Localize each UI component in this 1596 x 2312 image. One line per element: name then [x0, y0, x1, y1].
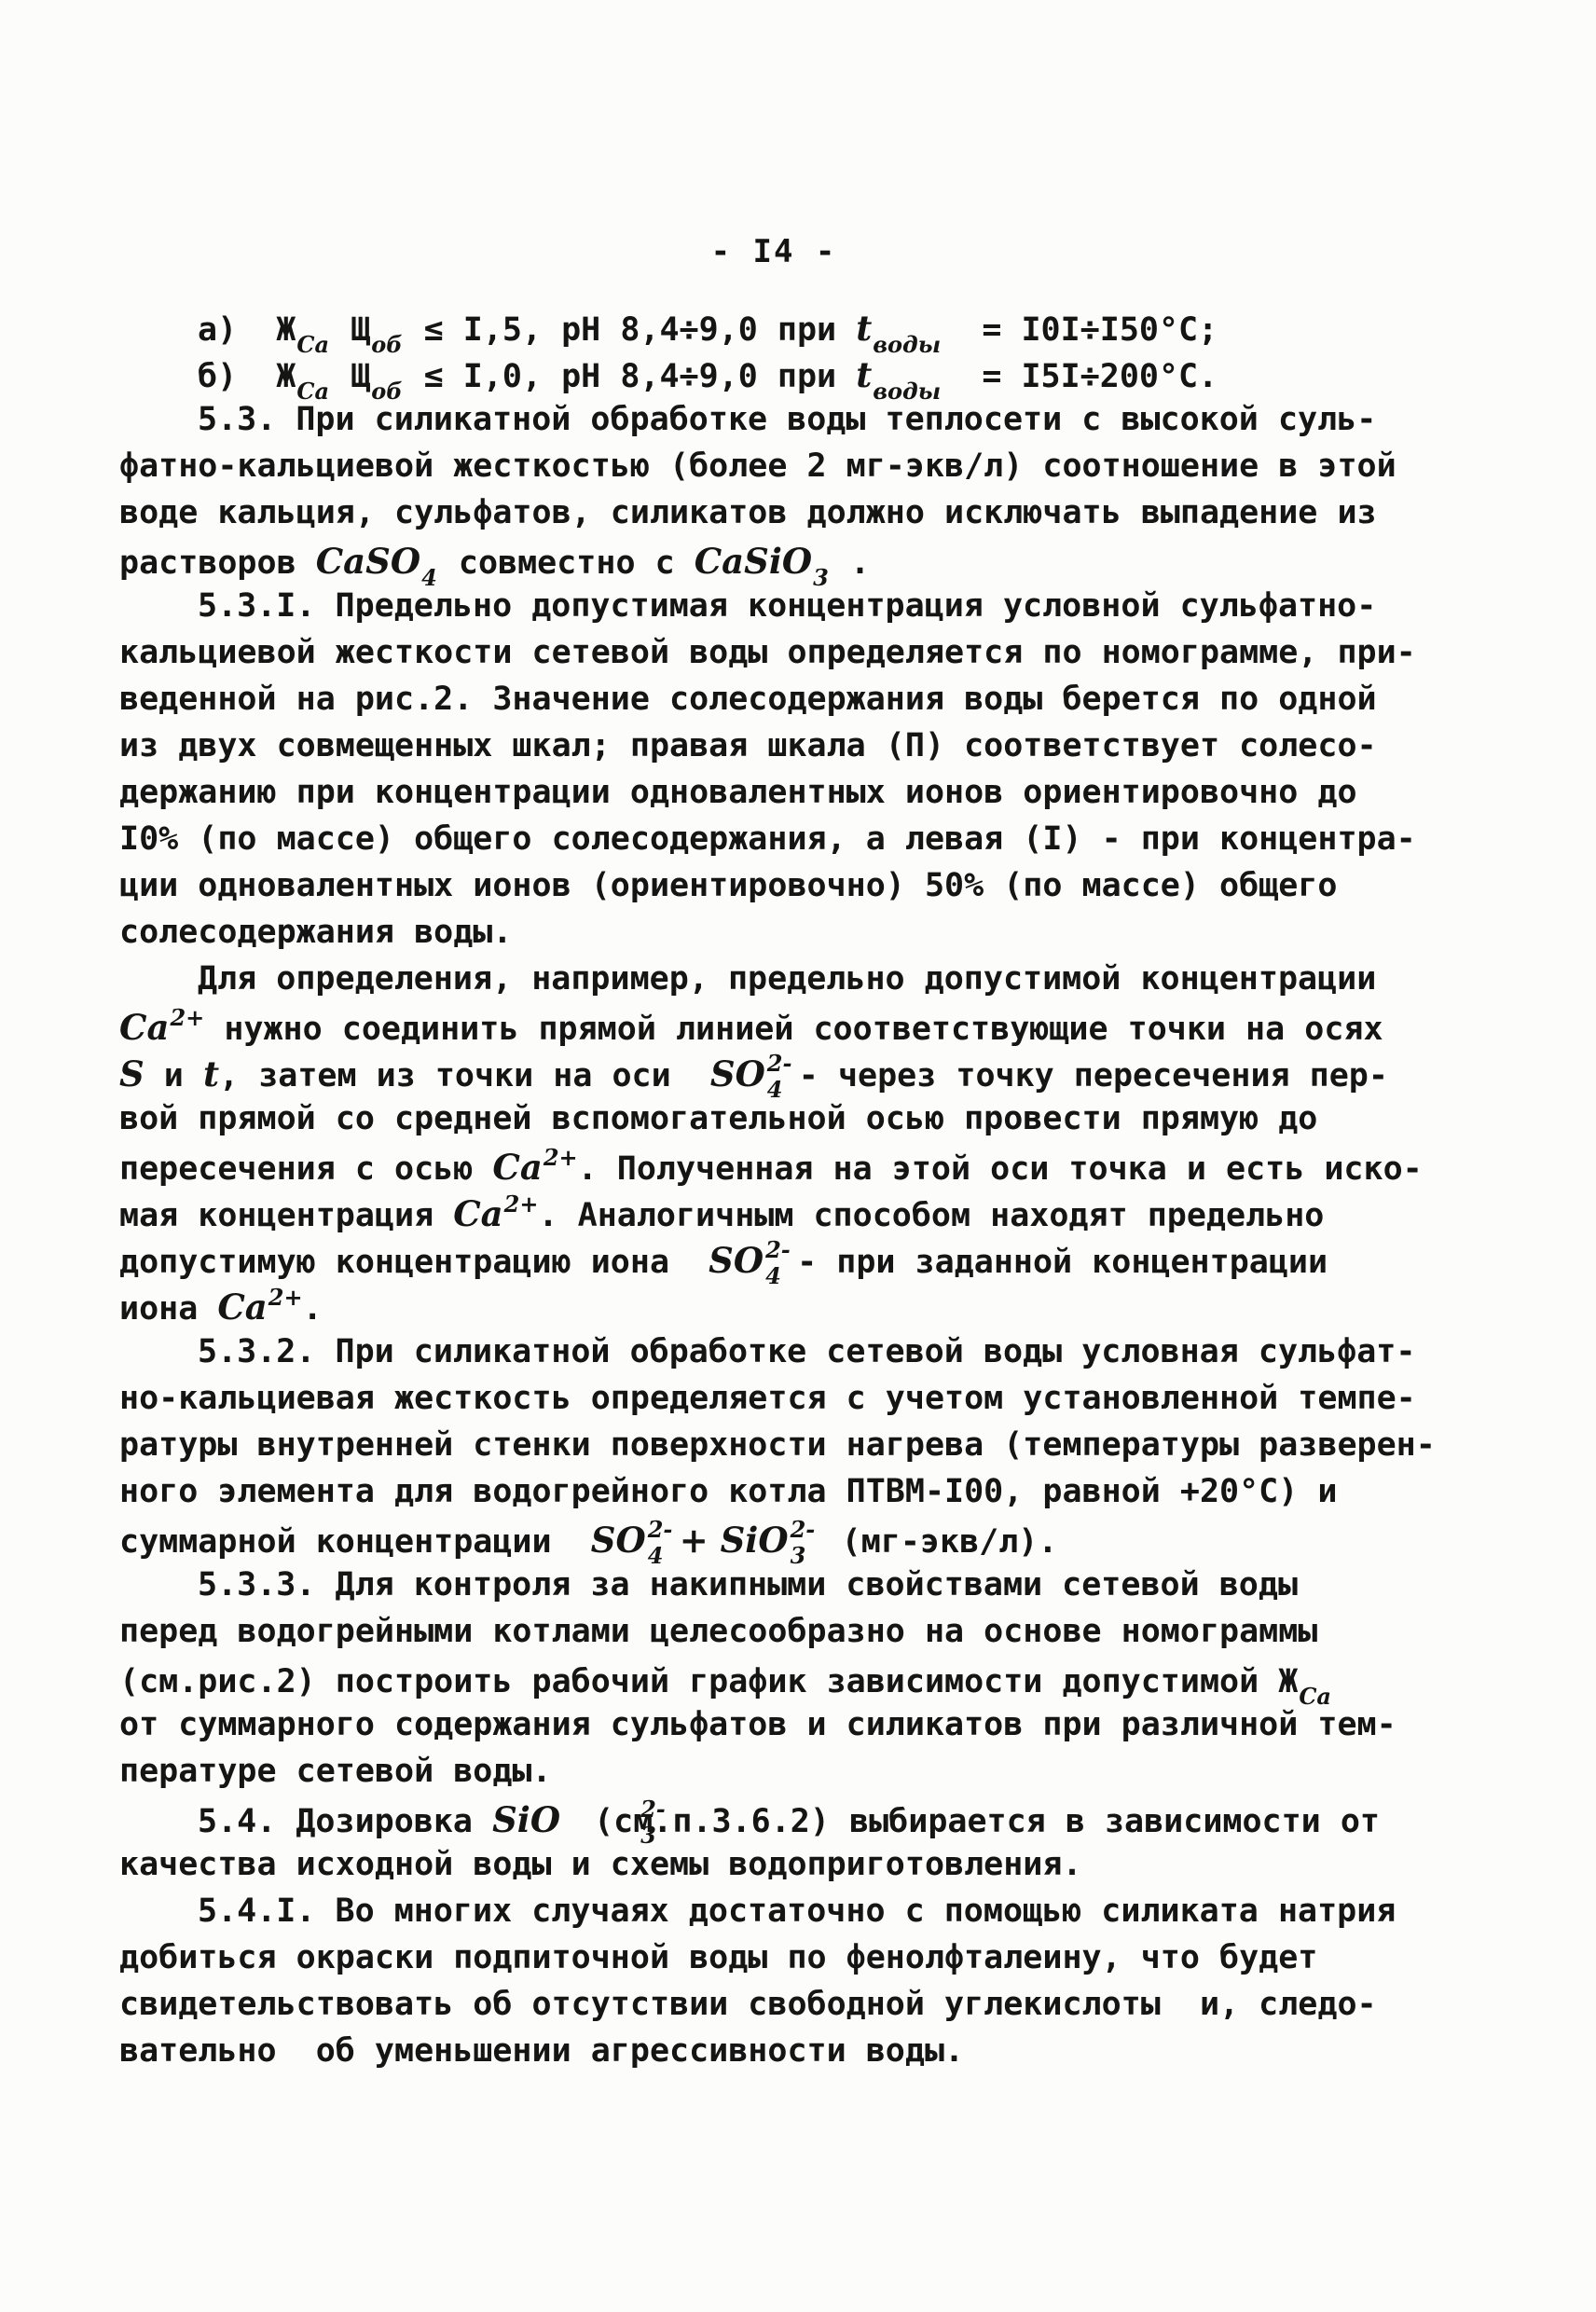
text-line: добиться окраски подпиточной воды по фен… [119, 1939, 1480, 1986]
text-line: б) ЖСа Щоб ≤ I,0, pH 8,4÷9,0 при tводы =… [119, 354, 1480, 401]
text-line: 5.3. При силикатной обработке воды тепло… [119, 401, 1480, 447]
text-run: ного элемента для водогрейного котла ПТВ… [119, 1473, 1337, 1510]
formula: CaSO4 [316, 541, 439, 582]
text-run: пересечения с осью [119, 1150, 492, 1188]
text-run: вой прямой со средней вспомогательной ос… [119, 1100, 1317, 1137]
text-run: фатно-кальциевой жесткостью (более 2 мг-… [119, 447, 1396, 485]
text-line: суммарной концентрации SO2-4+ SiO2-3 (мг… [119, 1520, 1480, 1566]
text-run: кальциевой жесткости сетевой воды опреде… [119, 634, 1416, 671]
text-run: 5.3. При силикатной обработке воды тепло… [198, 401, 1376, 438]
text-run: 5.4. Дозировка [198, 1803, 492, 1840]
text-run: солесодержания воды. [119, 914, 512, 951]
text-line: (см.рис.2) построить рабочий график зави… [119, 1659, 1480, 1706]
text-line: 5.4.I. Во многих случаях достаточно с по… [119, 1892, 1480, 1939]
text-run: воде кальция, сульфатов, силикатов должн… [119, 494, 1377, 531]
formula: S [119, 1053, 144, 1094]
text-line: держанию при концентрации одновалентных … [119, 774, 1480, 820]
text-run: нужно соединить прямой линией соответств… [204, 1011, 1383, 1048]
text-run: = I5I÷200°С. [942, 358, 1218, 395]
text-line: веденной на рис.2. Значение солесодержан… [119, 681, 1480, 727]
text-run: б) [198, 358, 276, 395]
text-line: но-кальциевая жесткость определяется с у… [119, 1380, 1480, 1426]
text-run: 5.3.3. Для контроля за накипными свойств… [198, 1566, 1298, 1603]
text-run: . [831, 544, 870, 582]
text-line: 5.3.3. Для контроля за накипными свойств… [119, 1566, 1480, 1613]
text-line: солесодержания воды. [119, 914, 1480, 960]
text-run: = I0I÷I50°С; [942, 311, 1218, 349]
text-run: качества исходной воды и схемы водоприго… [119, 1846, 1082, 1883]
text-line: ного элемента для водогрейного котла ПТВ… [119, 1473, 1480, 1520]
formula: SO2-4+ SiO2-3 [591, 1520, 822, 1561]
text-run: мая концентрация [119, 1197, 453, 1234]
formula: Ca2+ [492, 1147, 577, 1188]
text-run: (см.п.3.6.2) выбирается в зависимости от [594, 1803, 1380, 1840]
page-number: - I4 - [0, 233, 1548, 270]
text-line: I0% (по массе) общего солесодержания, а … [119, 820, 1480, 867]
formula: tводы [856, 354, 942, 395]
text-run: пературе сетевой воды. [119, 1753, 552, 1790]
text-line: свидетельствовать об отсутствии свободно… [119, 1986, 1480, 2032]
formula: SO2-4 [709, 1240, 797, 1281]
formula: t [203, 1053, 219, 1094]
text-line: Ca2+ нужно соединить прямой линией соотв… [119, 1007, 1480, 1053]
text-run: растворов [119, 544, 316, 582]
text-run: перед водогрейными котлами целесообразно… [119, 1613, 1317, 1650]
text-line: пературе сетевой воды. [119, 1753, 1480, 1799]
text-line: пересечения с осью Ca2+. Полученная на э… [119, 1147, 1480, 1193]
text-line: Для определения, например, предельно доп… [119, 960, 1480, 1007]
text-run: иона [119, 1290, 217, 1328]
text-run: суммарной концентрации [119, 1523, 591, 1561]
formula: ЖСа Щоб [276, 308, 404, 349]
text-run: (мг-экв/л). [822, 1523, 1058, 1561]
text-line: 5.4. Дозировка SiO2-3(см.п.3.6.2) выбира… [119, 1799, 1480, 1846]
text-line: 5.3.2. При силикатной обработке сетевой … [119, 1333, 1480, 1380]
text-line: иона Ca2+. [119, 1287, 1480, 1333]
formula: ЖСа Щоб [276, 354, 404, 395]
text-run: от суммарного содержания сульфатов и сил… [119, 1706, 1396, 1743]
text-run: добиться окраски подпиточной воды по фен… [119, 1939, 1317, 1976]
document-body: а) ЖСа Щоб ≤ I,5, pH 8,4÷9,0 при tводы =… [119, 308, 1480, 2079]
text-run: 5.3.I. Предельно допустимая концентрация… [198, 587, 1376, 625]
text-line: воде кальция, сульфатов, силикатов должн… [119, 494, 1480, 541]
formula: Ca2+ [217, 1287, 302, 1328]
text-run: . [303, 1290, 323, 1328]
document-page: - I4 - а) ЖСа Щоб ≤ I,5, pH 8,4÷9,0 при … [0, 0, 1596, 2312]
text-line: ратуры внутренней стенки поверхности наг… [119, 1426, 1480, 1473]
text-run: а) [198, 311, 276, 349]
text-run: держанию при концентрации одновалентных … [119, 774, 1357, 811]
text-run: но-кальциевая жесткость определяется с у… [119, 1380, 1416, 1417]
text-run: 5.4.I. Во многих случаях достаточно с по… [198, 1892, 1396, 1930]
text-run: ции одновалентных ионов (ориентировочно)… [119, 867, 1337, 904]
text-run: (см.рис.2) построить рабочий график зави… [119, 1663, 1278, 1700]
text-run: и [144, 1057, 203, 1094]
text-line: кальциевой жесткости сетевой воды опреде… [119, 634, 1480, 681]
text-line: вой прямой со средней вспомогательной ос… [119, 1100, 1480, 1147]
text-line: мая концентрация Ca2+. Аналогичным спосо… [119, 1193, 1480, 1240]
text-run: допустимую концентрацию иона [119, 1244, 709, 1281]
text-run: . Полученная на этой оси точка и есть ис… [578, 1150, 1423, 1188]
text-line: растворов CaSO4 совместно с CaSiO3 . [119, 541, 1480, 587]
formula: tводы [856, 308, 942, 349]
text-run: ≤ I,0, pH 8,4÷9,0 при [405, 358, 857, 395]
formula: SO2-4 [710, 1053, 799, 1094]
text-run: Для определения, например, предельно доп… [198, 960, 1376, 998]
text-line: S и t, затем из точки на оси SO2-4- чере… [119, 1053, 1480, 1100]
text-run: ≤ I,5, pH 8,4÷9,0 при [405, 311, 857, 349]
text-line: качества исходной воды и схемы водоприго… [119, 1846, 1480, 1892]
text-run: из двух совмещенных шкал; правая шкала (… [119, 727, 1377, 764]
text-line: от суммарного содержания сульфатов и сил… [119, 1706, 1480, 1753]
text-run: веденной на рис.2. Значение солесодержан… [119, 681, 1377, 718]
text-run: вательно об уменьшении агрессивности вод… [119, 2032, 964, 2070]
text-run: 5.3.2. При силикатной обработке сетевой … [198, 1333, 1415, 1370]
text-line: ции одновалентных ионов (ориентировочно)… [119, 867, 1480, 914]
text-line: 5.3.I. Предельно допустимая концентрация… [119, 587, 1480, 634]
text-run: ратуры внутренней стенки поверхности наг… [119, 1426, 1436, 1464]
text-line: а) ЖСа Щоб ≤ I,5, pH 8,4÷9,0 при tводы =… [119, 308, 1480, 354]
text-line: вательно об уменьшении агрессивности вод… [119, 2032, 1480, 2079]
formula: CaSiO3 [695, 541, 831, 582]
text-run: . Аналогичным способом находят предельно [538, 1197, 1324, 1234]
text-run: - при заданной концентрации [797, 1244, 1328, 1281]
text-line: фатно-кальциевой жесткостью (более 2 мг-… [119, 447, 1480, 494]
formula: ЖСа [1278, 1659, 1333, 1700]
text-run: , затем из точки на оси [219, 1057, 710, 1094]
text-line: из двух совмещенных шкал; правая шкала (… [119, 727, 1480, 774]
text-run: - через точку пересечения пер- [799, 1057, 1388, 1094]
formula: Ca2+ [453, 1193, 538, 1234]
text-run: свидетельствовать об отсутствии свободно… [119, 1986, 1377, 2023]
text-run: I0% (по массе) общего солесодержания, а … [119, 820, 1416, 858]
formula: SiO2-3 [492, 1799, 594, 1840]
text-line: перед водогрейными котлами целесообразно… [119, 1613, 1480, 1659]
text-line: допустимую концентрацию иона SO2-4- при … [119, 1240, 1480, 1287]
text-run: совместно с [439, 544, 695, 582]
formula: Ca2+ [119, 1007, 204, 1048]
